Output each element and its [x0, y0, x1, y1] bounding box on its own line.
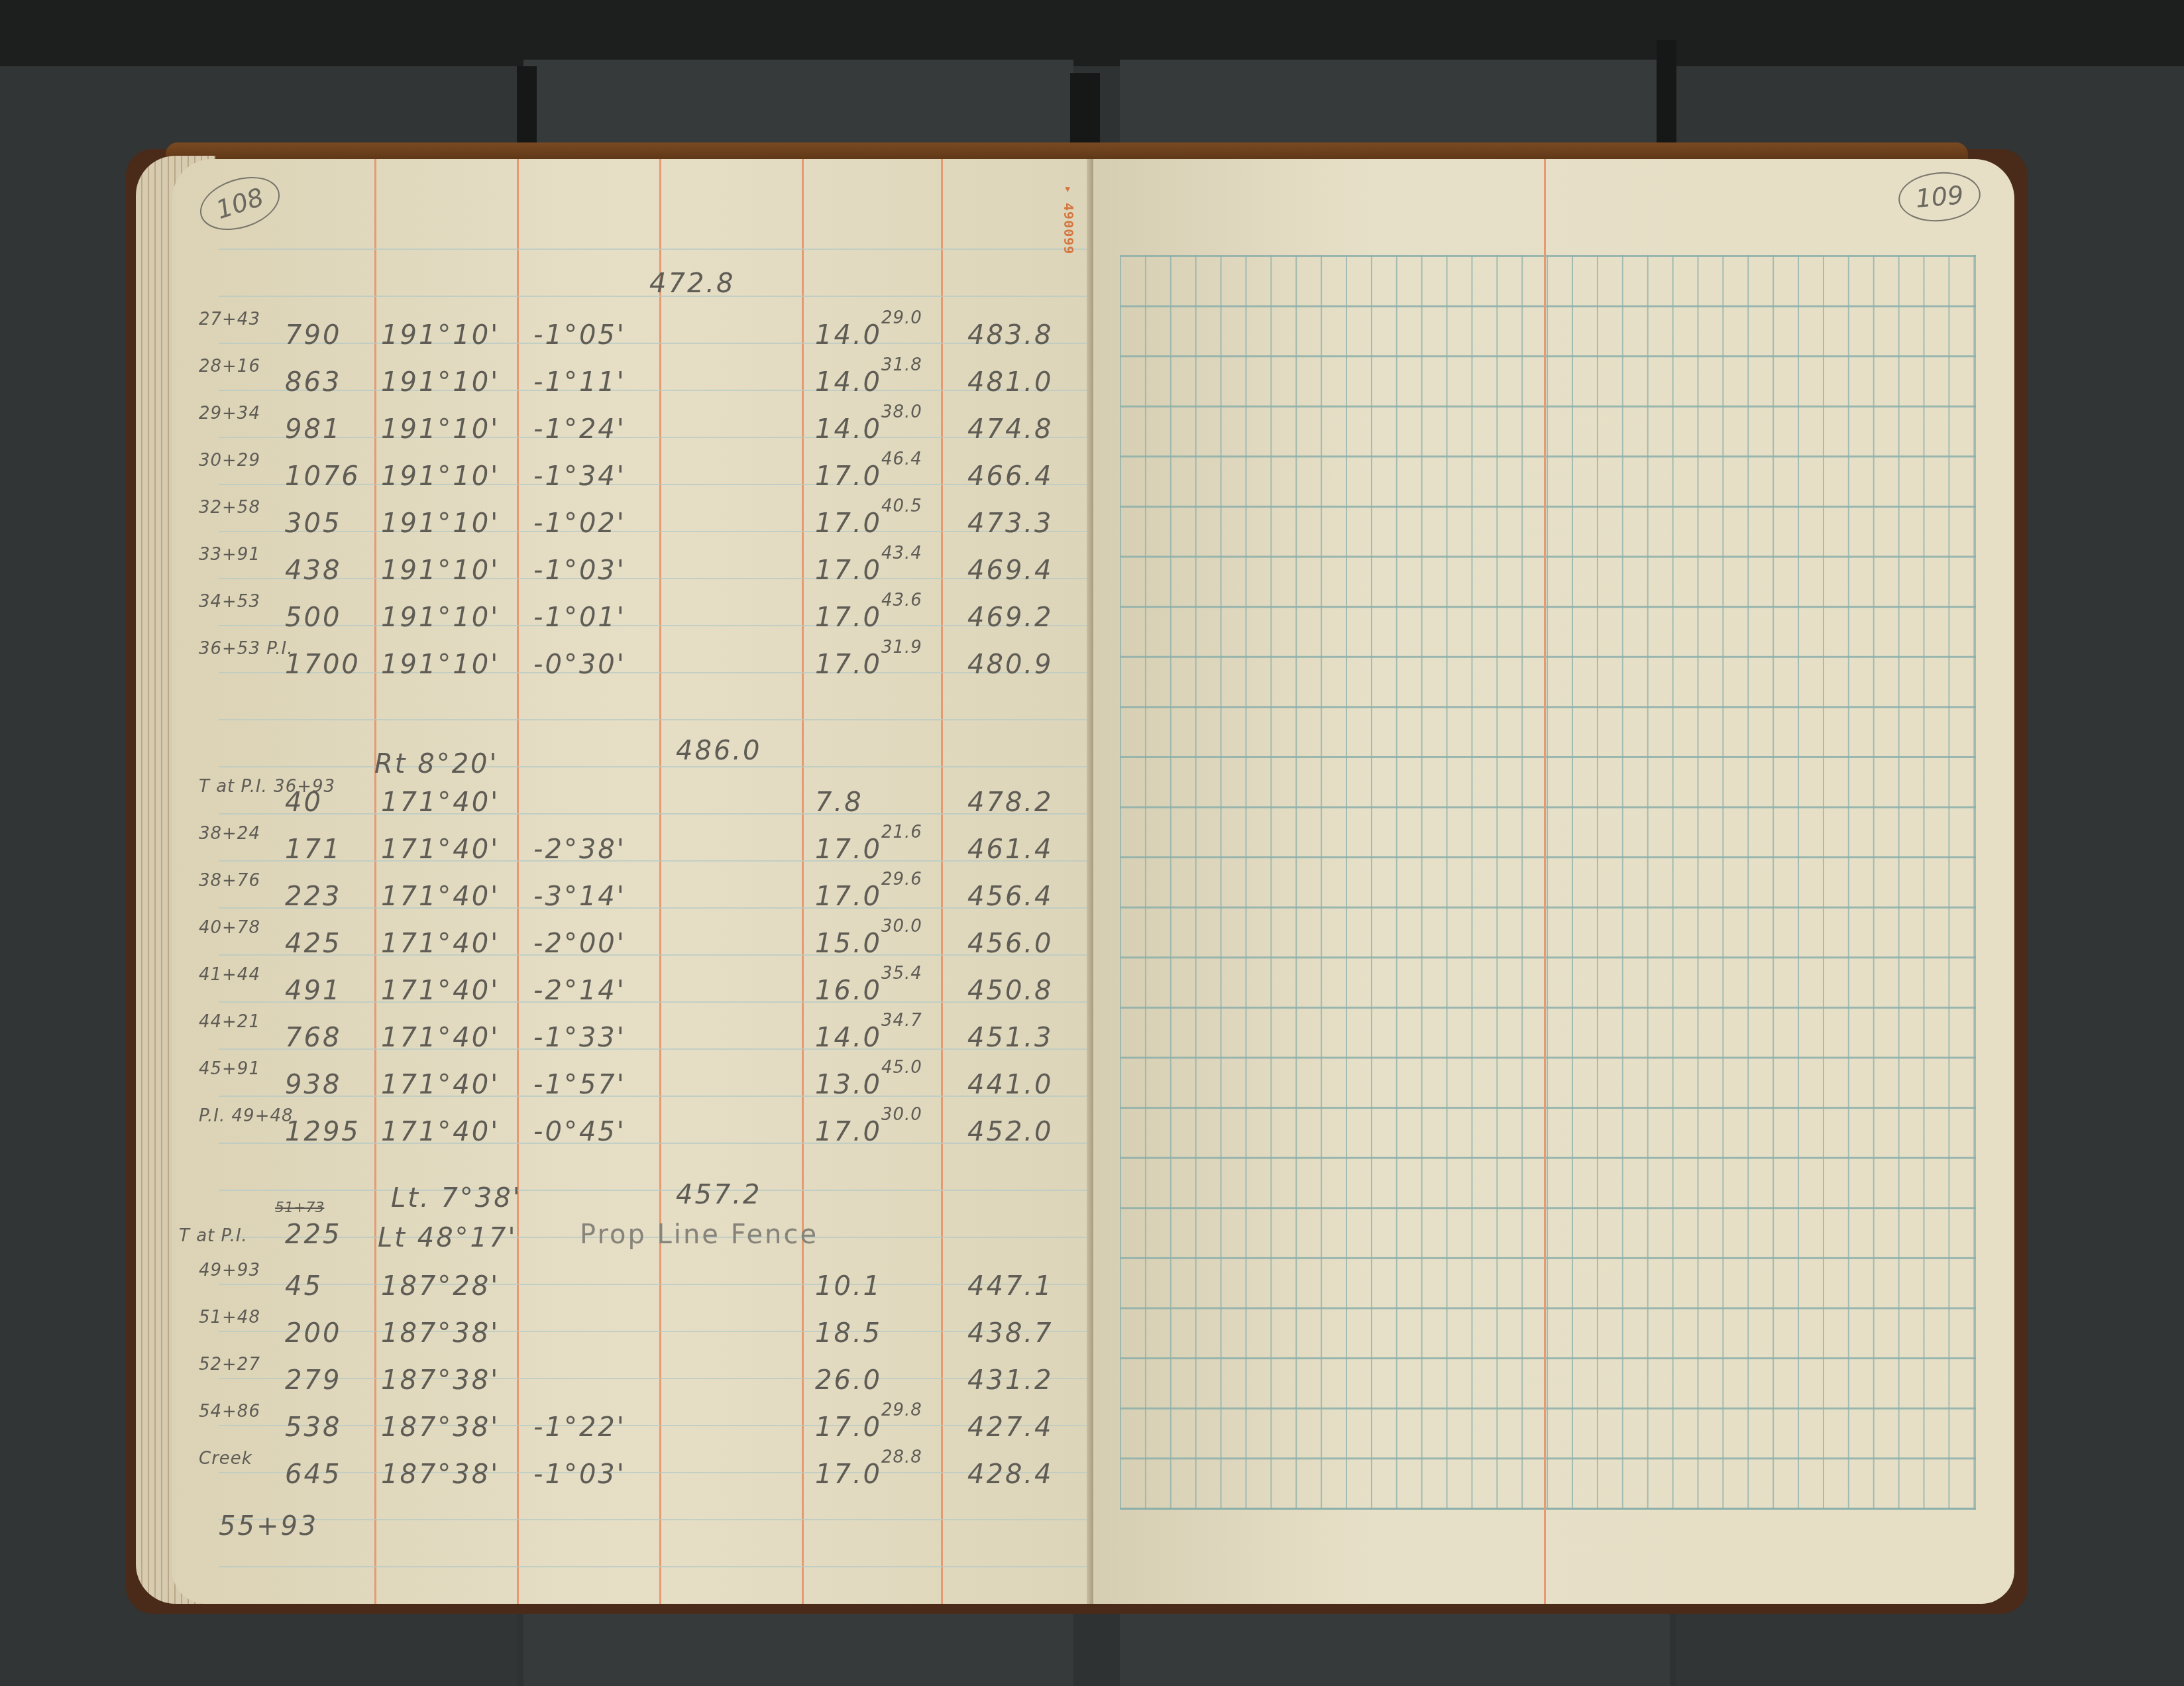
elevation: 469.2: [967, 602, 1054, 633]
column-rule: [1544, 159, 1546, 1604]
station: 36+53 P.I.: [199, 639, 294, 659]
distance: 305: [285, 508, 341, 539]
vertical-angle: -1°33': [533, 1023, 626, 1053]
distance: 171: [285, 834, 341, 865]
vertical-angle: -0°30': [533, 649, 626, 680]
vertical-angle: -1°22': [533, 1412, 626, 1443]
elevation: 474.8: [967, 414, 1054, 445]
ruled-line: [219, 860, 1093, 862]
height-instrument: 17.0: [815, 508, 882, 539]
height-instrument: 17.0: [815, 1459, 882, 1490]
ruled-line: [219, 813, 1093, 815]
ruled-line: [219, 1378, 1093, 1379]
elevation: 466.4: [967, 461, 1054, 492]
vertical-angle: -2°00': [533, 928, 626, 959]
elevation: 447.1: [967, 1271, 1054, 1302]
ruled-line: [219, 1190, 1093, 1191]
elevation: 451.3: [967, 1023, 1054, 1053]
ruled-line: [219, 390, 1093, 391]
turn-angle: Rt 8°20': [374, 749, 499, 779]
height-instrument: 14.0: [815, 320, 882, 351]
ruled-line: [219, 1425, 1093, 1426]
elevation: 428.4: [967, 1459, 1054, 1490]
header-note: 472.8: [649, 268, 736, 299]
vertical-angle: -1°57': [533, 1070, 626, 1100]
station: 34+53: [199, 592, 260, 612]
turn-elevation: 486.0: [676, 736, 762, 766]
ruled-line: [219, 1096, 1093, 1097]
rod-reading: 30.0: [881, 1105, 922, 1125]
height-instrument: 10.1: [815, 1271, 882, 1302]
vertical-angle: -1°34': [533, 461, 626, 492]
bearing: 191°10': [381, 555, 500, 586]
rod-reading: 45.0: [881, 1058, 922, 1078]
bearing: 171°40': [381, 928, 500, 959]
height-instrument: 26.0: [815, 1365, 882, 1396]
station: 30+29: [199, 451, 260, 471]
ruled-line: [219, 1566, 1093, 1567]
ruled-line: [219, 343, 1093, 344]
height-instrument: 16.0: [815, 976, 882, 1006]
rod-reading: 40.5: [881, 496, 922, 516]
page-number: 109: [1896, 169, 1983, 225]
height-instrument: 17.0: [815, 461, 882, 492]
vertical-angle: -2°38': [533, 834, 626, 865]
distance: 645: [285, 1459, 341, 1490]
bearing: 171°40': [381, 881, 500, 912]
distance: 279: [285, 1365, 341, 1396]
bearing: 187°38': [381, 1365, 500, 1396]
height-instrument: 17.0: [815, 1412, 882, 1443]
bearing: 171°40': [381, 787, 500, 818]
bearing: 191°10': [381, 367, 500, 398]
station: 44+21: [199, 1012, 260, 1032]
station: 45+91: [199, 1059, 260, 1079]
elevation: 450.8: [967, 976, 1054, 1006]
height-instrument: 14.0: [815, 414, 882, 445]
station: 54+86: [199, 1402, 260, 1422]
rod-reading: 29.8: [881, 1400, 922, 1420]
vertical-angle: -1°11': [533, 367, 626, 398]
height-instrument: 18.5: [815, 1318, 882, 1349]
height-instrument: 17.0: [815, 649, 882, 680]
bearing: 191°10': [381, 320, 500, 351]
elevation: 431.2: [967, 1365, 1054, 1396]
ruled-line: [219, 1284, 1093, 1285]
ruled-line: [219, 1519, 1093, 1520]
rod-reading: 29.6: [881, 870, 922, 889]
vertical-angle: -1°02': [533, 508, 626, 539]
rod-reading: 43.6: [881, 590, 922, 610]
station: 52+27: [199, 1355, 260, 1375]
vertical-angle: -1°03': [533, 555, 626, 586]
bearing: 187°38': [381, 1412, 500, 1443]
bearing: 171°40': [381, 1023, 500, 1053]
bearing: 171°40': [381, 834, 500, 865]
vertical-angle: -1°05': [533, 320, 626, 351]
elevation: 469.4: [967, 555, 1054, 586]
height-instrument: 17.0: [815, 555, 882, 586]
bearing: 191°10': [381, 508, 500, 539]
distance: 438: [285, 555, 341, 586]
station: 28+16: [199, 357, 260, 376]
struck-station: 51+73: [275, 1200, 324, 1216]
rod-reading: 34.7: [881, 1011, 922, 1031]
distance: 538: [285, 1412, 341, 1443]
station: 40+78: [199, 918, 260, 938]
rod-reading: 35.4: [881, 964, 922, 983]
distance: 863: [285, 367, 341, 398]
distance: 1076: [285, 461, 360, 492]
bearing: 187°38': [381, 1459, 500, 1490]
station: 49+93: [199, 1261, 260, 1280]
bearing: 191°10': [381, 414, 500, 445]
distance: 1295: [285, 1117, 360, 1147]
right-page: 109: [1093, 159, 2014, 1604]
elevation: 438.7: [967, 1318, 1054, 1349]
height-instrument: 14.0: [815, 367, 882, 398]
ruled-line: [219, 1048, 1093, 1050]
graph-grid: [1120, 255, 1976, 1510]
distance: 40: [285, 787, 323, 818]
background-top: [0, 0, 2184, 66]
height-instrument: 17.0: [815, 602, 882, 633]
distance: 768: [285, 1023, 341, 1053]
distance: 500: [285, 602, 341, 633]
elevation: 478.2: [967, 787, 1054, 818]
bearing: 187°28': [381, 1271, 500, 1302]
elevation: 441.0: [967, 1070, 1054, 1100]
prop-line-note: Prop Line Fence: [580, 1219, 818, 1250]
station: 41+44: [199, 965, 260, 985]
ruled-line: [219, 437, 1093, 438]
elevation: 456.0: [967, 928, 1054, 959]
distance: 223: [285, 881, 341, 912]
distance: 491: [285, 976, 341, 1006]
station: 33+91: [199, 545, 260, 565]
vertical-angle: -3°14': [533, 881, 626, 912]
elevation: 452.0: [967, 1117, 1054, 1147]
left-page: 108 472.8 27+43790191°10'-1°05'14.029.04…: [172, 159, 1093, 1604]
distance: 1700: [285, 649, 360, 680]
height-instrument: 14.0: [815, 1023, 882, 1053]
station: 32+58: [199, 498, 260, 518]
station: 27+43: [199, 309, 260, 329]
rod-reading: 29.0: [881, 308, 922, 328]
height-instrument: 13.0: [815, 1070, 882, 1100]
rod-reading: 43.4: [881, 543, 922, 563]
ruled-line: [219, 531, 1093, 532]
column-rule: [659, 159, 661, 1604]
distance: 225: [285, 1219, 341, 1250]
distance: 200: [285, 1318, 341, 1349]
station: 38+24: [199, 824, 260, 844]
ruled-line: [219, 625, 1093, 626]
rod-reading: 31.8: [881, 355, 922, 375]
elevation: 456.4: [967, 881, 1054, 912]
elevation: 483.8: [967, 320, 1054, 351]
ruled-line: [219, 766, 1093, 767]
ruled-line: [219, 1331, 1093, 1332]
page-number: 108: [193, 168, 287, 240]
column-rule: [802, 159, 804, 1604]
bearing: 171°40': [381, 976, 500, 1006]
ruled-line: [219, 719, 1093, 720]
ruled-line: [219, 578, 1093, 579]
ruled-line: [219, 249, 1093, 250]
bearing: 171°40': [381, 1117, 500, 1147]
height-instrument: 15.0: [815, 928, 882, 959]
station: 29+34: [199, 404, 260, 423]
station: T at P.I.: [179, 1226, 248, 1246]
column-rule: [941, 159, 943, 1604]
rod-reading: 21.6: [881, 822, 922, 842]
turn-elevation: 457.2: [676, 1180, 762, 1210]
distance: 45: [285, 1271, 323, 1302]
height-instrument: 7.8: [815, 787, 863, 818]
column-rule: [374, 159, 376, 1604]
rod-reading: 30.0: [881, 917, 922, 936]
rod-reading: 28.8: [881, 1447, 922, 1467]
bearing: 187°38': [381, 1318, 500, 1349]
footer-station: 55+93: [219, 1511, 318, 1542]
ruled-line: [219, 1001, 1093, 1003]
height-instrument: 17.0: [815, 834, 882, 865]
distance: 790: [285, 320, 341, 351]
column-rule: [517, 159, 519, 1604]
station: P.I. 49+48: [199, 1106, 294, 1126]
bearing: Lt 48°17': [378, 1223, 517, 1253]
bearing: 191°10': [381, 602, 500, 633]
bearing: 191°10': [381, 461, 500, 492]
ruled-line: [219, 954, 1093, 956]
vertical-angle: -1°01': [533, 602, 626, 633]
rod-reading: 31.9: [881, 638, 922, 657]
rod-reading: 46.4: [881, 449, 922, 469]
ruled-line: [219, 907, 1093, 909]
height-instrument: 17.0: [815, 881, 882, 912]
elevation: 481.0: [967, 367, 1054, 398]
rod-reading: 38.0: [881, 402, 922, 422]
vertical-angle: -1°03': [533, 1459, 626, 1490]
station: 38+76: [199, 871, 260, 891]
turn-angle: Lt. 7°38': [391, 1183, 522, 1213]
distance: 938: [285, 1070, 341, 1100]
vertical-angle: -0°45': [533, 1117, 626, 1147]
vertical-angle: -1°24': [533, 414, 626, 445]
bearing: 171°40': [381, 1070, 500, 1100]
distance: 981: [285, 414, 341, 445]
serial-stamp: ▸ 490099: [1061, 186, 1077, 254]
station: 51+48: [199, 1308, 260, 1327]
bearing: 191°10': [381, 649, 500, 680]
vertical-angle: -2°14': [533, 976, 626, 1006]
elevation: 427.4: [967, 1412, 1054, 1443]
elevation: 461.4: [967, 834, 1054, 865]
ruled-line: [219, 1472, 1093, 1473]
height-instrument: 17.0: [815, 1117, 882, 1147]
elevation: 473.3: [967, 508, 1054, 539]
elevation: 480.9: [967, 649, 1054, 680]
station: Creek: [199, 1449, 252, 1469]
distance: 425: [285, 928, 341, 959]
